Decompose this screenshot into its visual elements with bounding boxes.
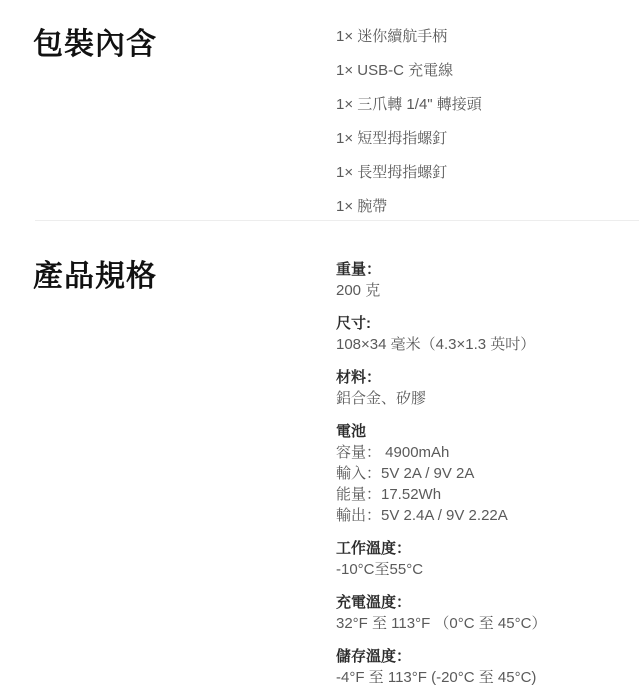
spec-value: 輸入：5V 2A / 9V 2A [336,463,619,484]
package-contents-section: 包裝內含 1× 迷你續航手柄 1× USB-C 充電線 1× 三爪轉 1/4" … [0,0,639,217]
spec-label: 材料： [336,367,619,388]
package-contents-list: 1× 迷你續航手柄 1× USB-C 充電線 1× 三爪轉 1/4" 轉接頭 1… [336,27,639,217]
product-spec-page: 包裝內含 1× 迷你續航手柄 1× USB-C 充電線 1× 三爪轉 1/4" … [0,0,639,687]
spec-label: 重量： [336,259,619,280]
spec-label: 工作溫度： [336,538,619,559]
package-item: 1× 三爪轉 1/4" 轉接頭 [336,95,619,115]
spec-value: 鋁合金、矽膠 [336,388,619,409]
spec-block-weight: 重量： 200 克 [336,259,619,301]
product-specs-list: 重量： 200 克 尺寸: 108×34 毫米（4.3×1.3 英吋） 材料： … [336,259,639,687]
spec-value: 輸出：5V 2.4A / 9V 2.22A [336,505,619,526]
package-contents-heading: 包裝內含 [33,27,336,63]
spec-value: 200 克 [336,280,619,301]
spec-value: 32°F 至 113°F （0°C 至 45°C） [336,613,619,634]
package-item: 1× 腕帶 [336,197,619,217]
spec-block-material: 材料： 鋁合金、矽膠 [336,367,619,409]
spec-value: 容量： 4900mAh [336,442,619,463]
spec-label: 充電溫度： [336,592,619,613]
product-specs-section: 產品規格 重量： 200 克 尺寸: 108×34 毫米（4.3×1.3 英吋）… [0,221,639,687]
spec-value: 能量：17.52Wh [336,484,619,505]
package-contents-heading-column: 包裝內含 [33,27,336,63]
spec-label: 儲存溫度： [336,646,619,667]
spec-label: 電池 [336,421,619,442]
spec-label: 尺寸: [336,313,619,334]
spec-value: -4°F 至 113°F (-20°C 至 45°C) [336,667,619,687]
spec-block-storage-temperature: 儲存溫度： -4°F 至 113°F (-20°C 至 45°C) [336,646,619,687]
spec-value: -10°C至55°C [336,559,619,580]
product-specs-heading: 產品規格 [33,259,336,295]
spec-block-dimensions: 尺寸: 108×34 毫米（4.3×1.3 英吋） [336,313,619,355]
package-item: 1× 長型拇指螺釘 [336,163,619,183]
spec-value: 108×34 毫米（4.3×1.3 英吋） [336,334,619,355]
package-item: 1× 迷你續航手柄 [336,27,619,47]
spec-block-battery: 電池 容量： 4900mAh 輸入：5V 2A / 9V 2A 能量：17.52… [336,421,619,526]
spec-block-charging-temperature: 充電溫度： 32°F 至 113°F （0°C 至 45°C） [336,592,619,634]
package-item: 1× USB-C 充電線 [336,61,619,81]
product-specs-heading-column: 產品規格 [33,259,336,295]
package-item: 1× 短型拇指螺釘 [336,129,619,149]
spec-block-operating-temperature: 工作溫度： -10°C至55°C [336,538,619,580]
